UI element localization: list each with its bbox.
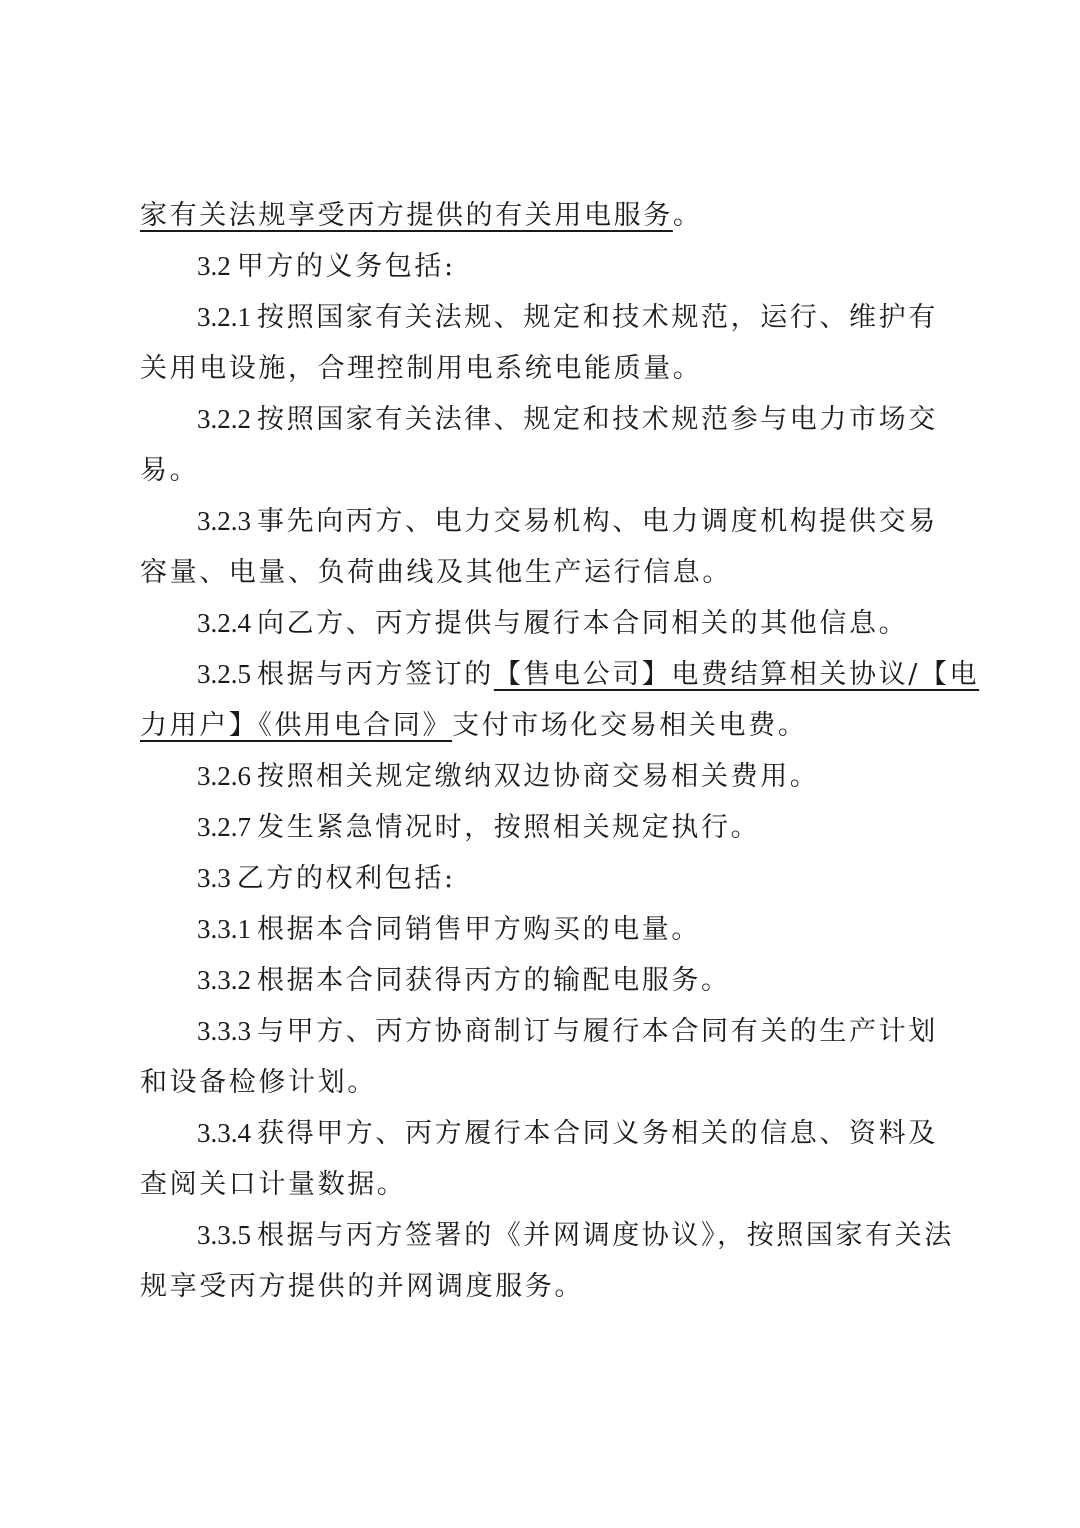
section-heading-3-2: 3.2甲方的义务包括: xyxy=(140,241,940,292)
text-segment: 根据本合同获得丙方的输配电服务。 xyxy=(257,965,731,996)
clause-number: 3.2.5 xyxy=(197,659,251,689)
clause-number: 3.2.7 xyxy=(197,812,251,842)
clause-number: 3.3.2 xyxy=(197,965,251,995)
clause-3-2-6: 3.2.6按照相关规定缴纳双边协商交易相关费用。 xyxy=(140,751,940,802)
clause-3-2-4: 3.2.4向乙方、丙方提供与履行本合同相关的其他信息。 xyxy=(140,598,940,649)
text-line: 和设备检修计划。 xyxy=(140,1057,940,1108)
text-line: 易。 xyxy=(140,445,940,496)
clause-3-2-2: 3.2.2按照国家有关法律、规定和技术规范参与电力市场交 xyxy=(140,394,940,445)
text-segment: 根据与丙方签订的 xyxy=(257,659,494,690)
text-segment: 乙方的权利包括: xyxy=(237,863,456,894)
text-line: 力用户】《供用电合同》支付市场化交易相关电费。 xyxy=(140,700,940,751)
clause-3-2-1: 3.2.1按照国家有关法规、规定和技术规范，运行、维护有 xyxy=(140,292,940,343)
clause-3-2-7: 3.2.7发生紧急情况时，按照相关规定执行。 xyxy=(140,802,940,853)
text-line: 关用电设施，合理控制用电系统电能质量。 xyxy=(140,343,940,394)
text-segment: 支付市场化交易相关电费。 xyxy=(452,710,807,741)
text-line: 家有关法规享受丙方提供的有关用电服务。 xyxy=(140,190,940,241)
clause-number: 3.2.1 xyxy=(197,302,251,332)
text-segment: 事先向丙方、电力交易机构、电力调度机构提供交易 xyxy=(257,506,938,537)
underlined-text: 【售电公司】电费结算相关协议/【电 xyxy=(494,659,979,690)
clause-number: 3.3.1 xyxy=(197,914,251,944)
clause-number: 3.2.2 xyxy=(197,404,251,434)
clause-number: 3.2 xyxy=(197,251,231,281)
text-segment: 与甲方、丙方协商制订与履行本合同有关的生产计划 xyxy=(257,1016,938,1047)
document-page: 家有关法规享受丙方提供的有关用电服务。 3.2甲方的义务包括: 3.2.1按照国… xyxy=(140,190,940,1312)
text-segment: 查阅关口计量数据。 xyxy=(140,1169,406,1200)
clause-number: 3.3.4 xyxy=(197,1118,251,1148)
clause-3-3-5: 3.3.5根据与丙方签署的《并网调度协议》，按照国家有关法 xyxy=(140,1210,940,1261)
text-segment: 关用电设施，合理控制用电系统电能质量。 xyxy=(140,353,702,384)
text-segment: 发生紧急情况时，按照相关规定执行。 xyxy=(257,812,760,843)
text-segment: 规享受丙方提供的并网调度服务。 xyxy=(140,1271,584,1302)
clause-number: 3.2.4 xyxy=(197,608,251,638)
text-segment: 容量、电量、负荷曲线及其他生产运行信息。 xyxy=(140,557,732,588)
clause-number: 3.2.6 xyxy=(197,761,251,791)
clause-number: 3.2.3 xyxy=(197,506,251,536)
clause-3-3-3: 3.3.3与甲方、丙方协商制订与履行本合同有关的生产计划 xyxy=(140,1006,940,1057)
clause-number: 3.3.5 xyxy=(197,1220,251,1250)
text-segment: 根据本合同销售甲方购买的电量。 xyxy=(257,914,701,945)
text-segment: 按照相关规定缴纳双边协商交易相关费用。 xyxy=(257,761,819,792)
text-segment: 获得甲方、丙方履行本合同义务相关的信息、资料及 xyxy=(257,1118,938,1149)
underlined-text: 家有关法规享受丙方提供的有关用电服务 xyxy=(140,200,673,231)
underlined-text: 力用户】《供用电合同》 xyxy=(140,710,452,741)
text-segment: 。 xyxy=(673,200,703,231)
text-segment: 和设备检修计划。 xyxy=(140,1067,377,1098)
text-segment: 根据与丙方签署的《并网调度协议》，按照国家有关法 xyxy=(257,1220,954,1251)
clause-3-3-4: 3.3.4获得甲方、丙方履行本合同义务相关的信息、资料及 xyxy=(140,1108,940,1159)
text-segment: 向乙方、丙方提供与履行本合同相关的其他信息。 xyxy=(257,608,908,639)
section-heading-3-3: 3.3乙方的权利包括: xyxy=(140,853,940,904)
clause-number: 3.3 xyxy=(197,863,231,893)
text-line: 容量、电量、负荷曲线及其他生产运行信息。 xyxy=(140,547,940,598)
clause-3-2-5: 3.2.5根据与丙方签订的【售电公司】电费结算相关协议/【电 xyxy=(140,649,940,700)
clause-3-2-3: 3.2.3事先向丙方、电力交易机构、电力调度机构提供交易 xyxy=(140,496,940,547)
clause-3-3-2: 3.3.2根据本合同获得丙方的输配电服务。 xyxy=(140,955,940,1006)
text-segment: 甲方的义务包括: xyxy=(237,251,456,282)
text-line: 查阅关口计量数据。 xyxy=(140,1159,940,1210)
clause-3-3-1: 3.3.1根据本合同销售甲方购买的电量。 xyxy=(140,904,940,955)
clause-number: 3.3.3 xyxy=(197,1016,251,1046)
text-line: 规享受丙方提供的并网调度服务。 xyxy=(140,1261,940,1312)
text-segment: 按照国家有关法规、规定和技术规范，运行、维护有 xyxy=(257,302,938,333)
text-segment: 按照国家有关法律、规定和技术规范参与电力市场交 xyxy=(257,404,938,435)
text-segment: 易。 xyxy=(140,455,199,486)
